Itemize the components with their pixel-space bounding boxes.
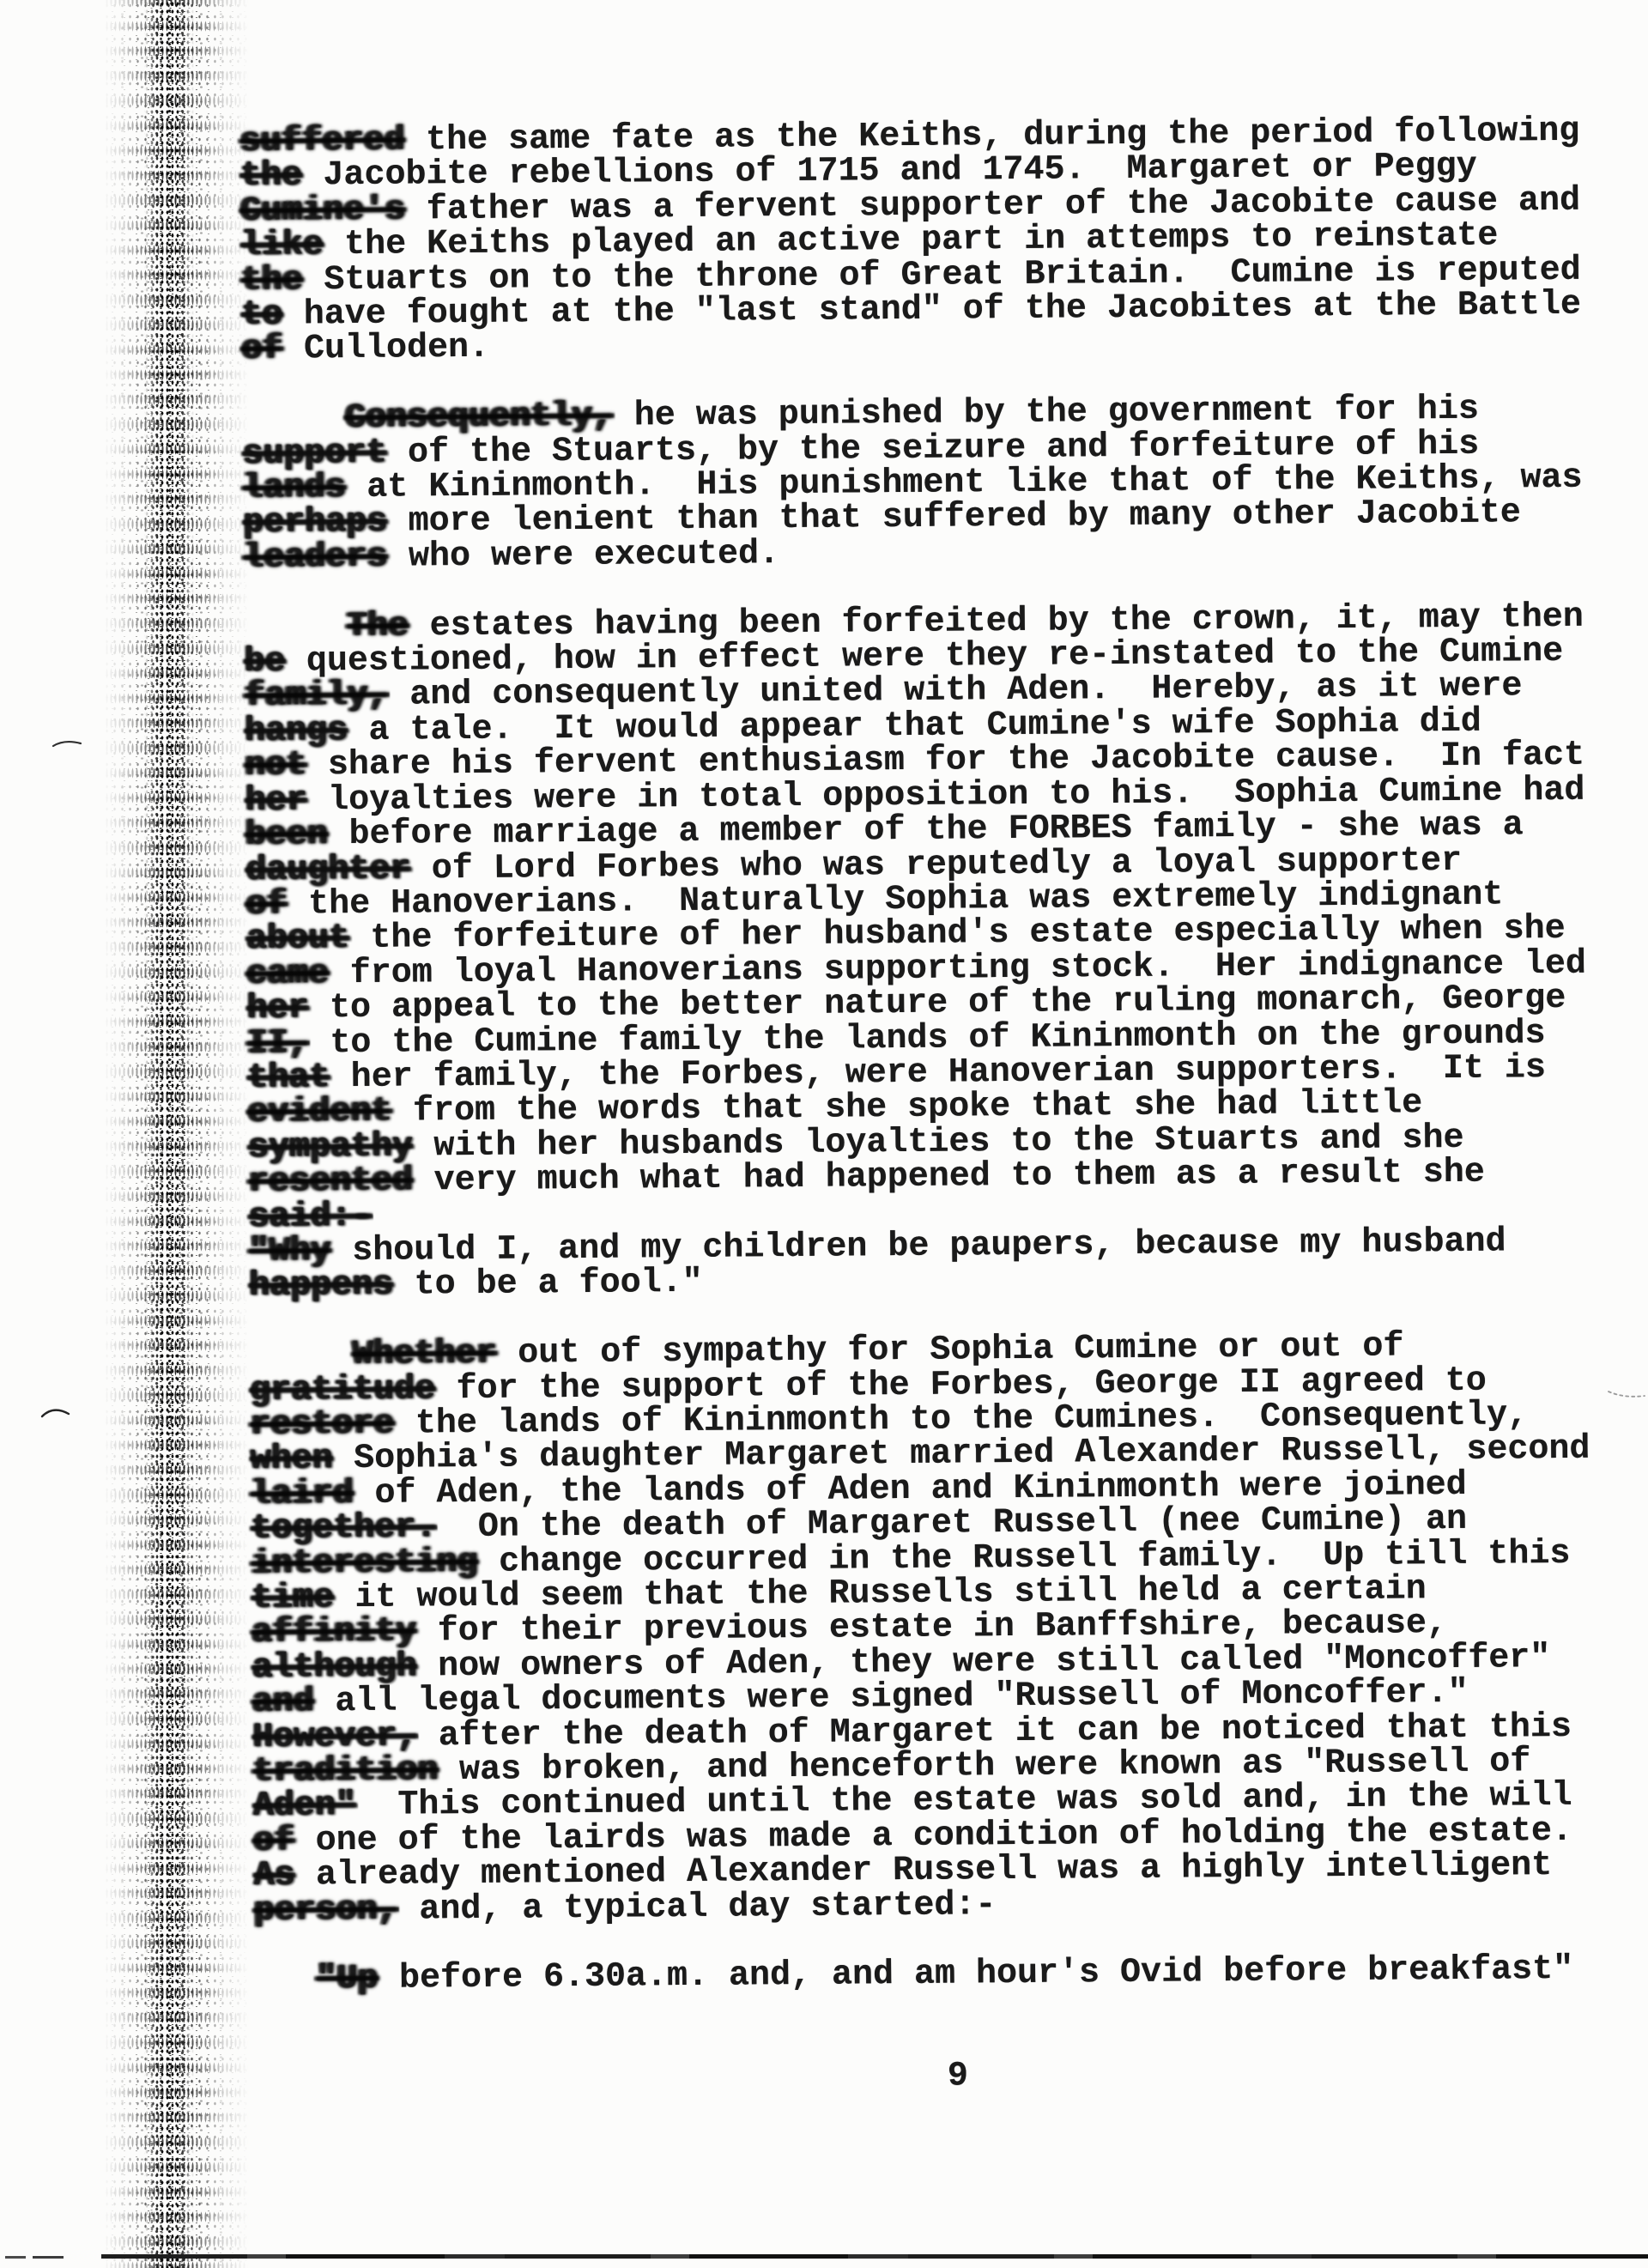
- page-number: 9: [256, 2054, 1648, 2100]
- smudged-word: the: [240, 157, 302, 197]
- smudged-word: happens: [249, 1266, 393, 1306]
- smudged-word: that: [248, 1058, 330, 1098]
- smudged-word: came: [247, 955, 330, 994]
- smudged-word: evident: [248, 1093, 392, 1132]
- smudged-word: "Up: [317, 1960, 379, 1999]
- smudged-word: gratitude: [250, 1370, 435, 1410]
- scan-edge-line-fragment: [5, 2256, 26, 2259]
- smudged-word: laird: [251, 1475, 354, 1514]
- smudged-word: affinity: [252, 1613, 417, 1653]
- paragraph: suffered the same fate as the Keiths, du…: [240, 114, 1648, 368]
- smudged-word: together.: [251, 1508, 437, 1549]
- smudged-word: like: [241, 226, 324, 265]
- typewritten-text: suffered the same fate as the Keiths, du…: [240, 114, 1648, 2100]
- smudged-word: said:-: [249, 1197, 373, 1236]
- smudged-word: to: [242, 296, 283, 335]
- smudged-word: although: [252, 1647, 417, 1688]
- smudged-word: her: [247, 990, 309, 1029]
- smudged-word: of: [254, 1822, 295, 1860]
- smudged-word: leaders: [244, 538, 388, 578]
- text-line: person, and, a typical day started:-: [254, 1883, 1648, 1929]
- smudged-word: However,: [253, 1717, 418, 1757]
- smudged-word: been: [245, 816, 328, 855]
- smudged-word: about: [246, 919, 349, 959]
- smudged-word: the: [241, 261, 303, 300]
- smudged-word: interesting: [251, 1543, 478, 1583]
- paragraph: The estates having been forfeited by the…: [244, 600, 1648, 1305]
- scan-noise-band: [103, 0, 249, 2268]
- smudged-word: resented: [248, 1162, 413, 1203]
- smudged-word: As: [254, 1857, 295, 1895]
- smudged-word: tradition: [253, 1751, 439, 1792]
- smudged-word: daughter: [246, 850, 411, 890]
- smudged-word: lands: [243, 469, 346, 508]
- smudged-word: Whether: [353, 1335, 497, 1374]
- pencil-dash-left-upper: [51, 735, 84, 754]
- text-line: "Up before 6.30a.m. and, and am hour's O…: [255, 1953, 1648, 1998]
- scan-edge-line: [101, 2254, 1648, 2259]
- smudged-word: perhaps: [243, 503, 387, 543]
- smudged-word: and: [252, 1683, 314, 1723]
- scanned-page: suffered the same fate as the Keiths, du…: [0, 0, 1648, 2268]
- smudged-word: "Why: [249, 1232, 331, 1271]
- smudged-word: Consequently,: [346, 397, 614, 438]
- smudged-word: of: [242, 330, 283, 369]
- smudged-word: family,: [245, 676, 389, 716]
- smudged-word: restore: [251, 1405, 395, 1445]
- smudged-word: Cumine's: [241, 191, 406, 231]
- smudged-word: time: [251, 1579, 334, 1618]
- smudged-word: support: [243, 434, 387, 473]
- scan-noise-band-core: [144, 0, 194, 2268]
- pencil-dash-left-lower: [39, 1403, 72, 1423]
- smudged-word: not: [245, 747, 307, 786]
- smudged-word: be: [245, 643, 286, 682]
- text-line: leaders who were executed.: [244, 531, 1648, 576]
- smudged-word: her: [245, 781, 307, 821]
- scan-edge-line-fragment: [33, 2256, 64, 2259]
- smudged-word: suffered: [240, 121, 405, 161]
- paragraph: Consequently, he was punished by the gov…: [243, 391, 1648, 576]
- smudged-word: II,: [247, 1024, 309, 1064]
- paragraph: "Up before 6.30a.m. and, and am hour's O…: [255, 1953, 1648, 1998]
- smudged-word: of: [246, 886, 288, 925]
- smudged-word: person,: [254, 1890, 398, 1930]
- smudged-word: hangs: [245, 712, 348, 751]
- smudged-word: when: [251, 1440, 333, 1480]
- smudged-word: The: [347, 607, 409, 646]
- smudged-word: Aden": [253, 1786, 356, 1826]
- paragraph: Whether out of sympathy for Sophia Cumin…: [250, 1328, 1648, 1929]
